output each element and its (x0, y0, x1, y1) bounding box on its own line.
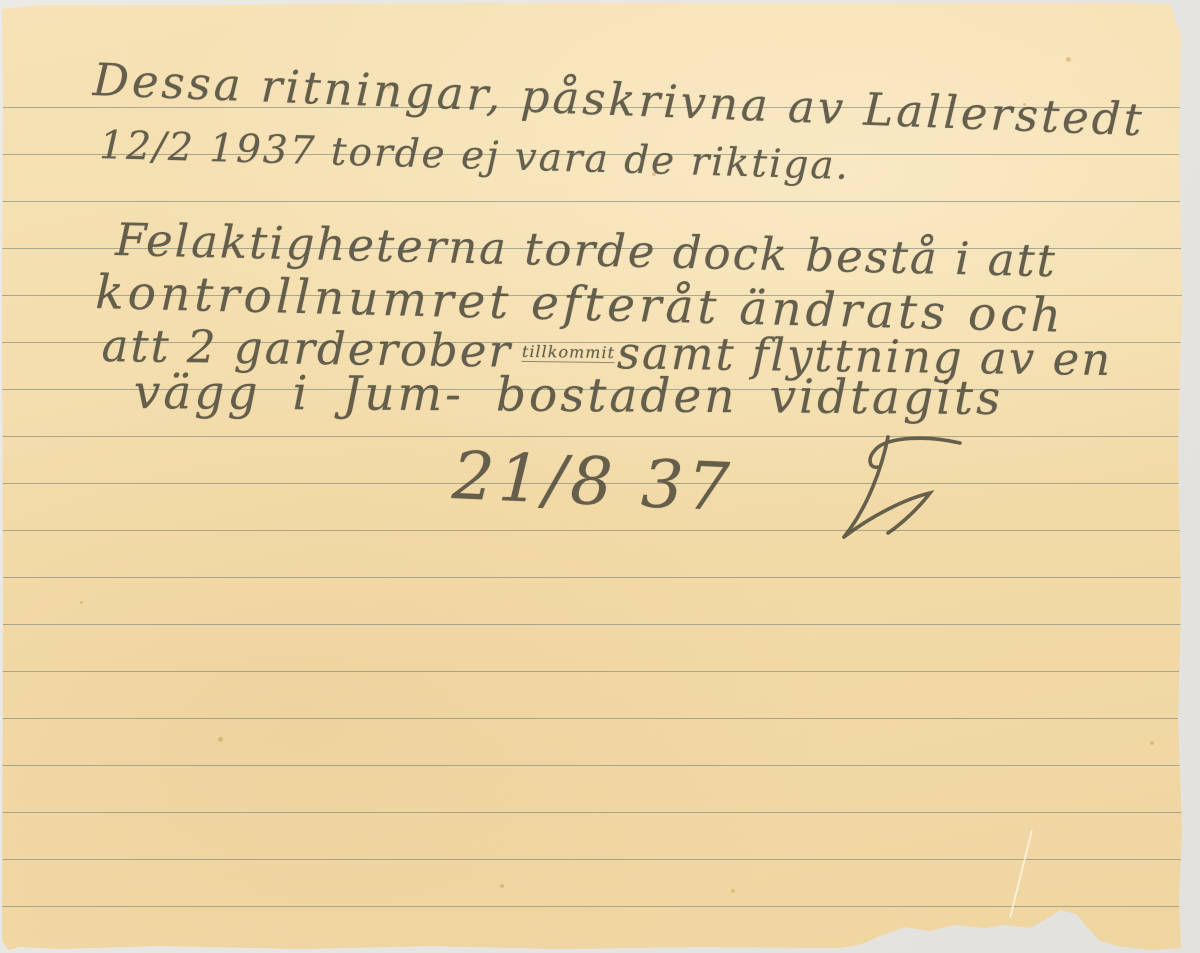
date-annotation: 21/8 37 (451, 437, 735, 526)
paper-stain (1066, 57, 1071, 62)
signature-monogram-mark (826, 433, 966, 548)
note-paper: Dessa ritningar, påskrivna av Lallersted… (2, 3, 1182, 951)
interline-insertion: tillkommit (522, 342, 615, 363)
paper-stain (500, 884, 504, 888)
paper-stain (1150, 741, 1154, 745)
handwriting-line-6: vägg i Jum- bostaden vidtagits (134, 365, 1004, 426)
paper-stain (218, 737, 223, 742)
paper-stain (80, 601, 83, 604)
paper-stain (731, 889, 735, 893)
signature-loop-stroke (844, 493, 930, 537)
